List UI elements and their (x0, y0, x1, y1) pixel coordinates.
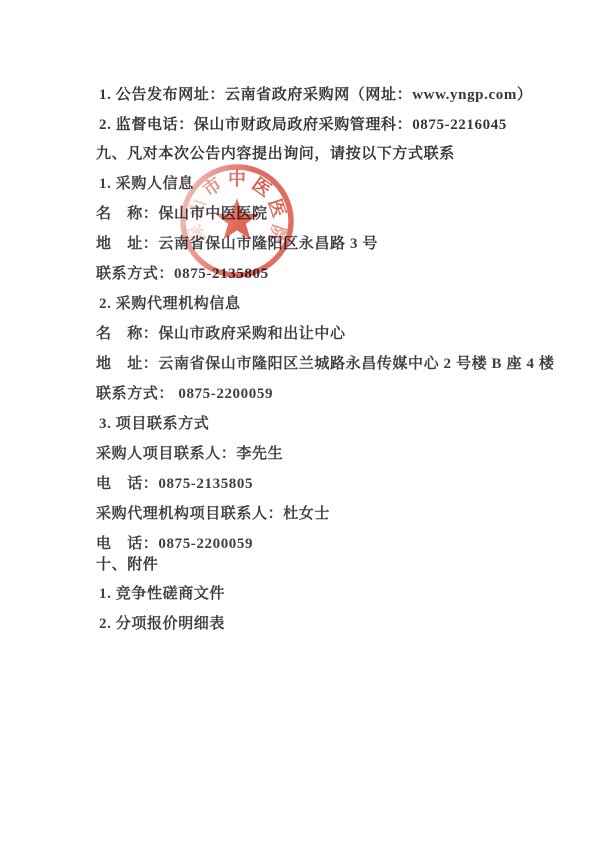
project-contact-heading: 3. 项目联系方式 (99, 415, 209, 434)
agency-address-line: 地 址：云南省保山市隆阳区兰城路永昌传媒中心 2 号楼 B 座 4 楼 (96, 355, 555, 374)
attachment-1-line: 1. 竞争性磋商文件 (99, 585, 225, 604)
seal-star-icon (215, 198, 258, 239)
attachment-2-line: 2. 分项报价明细表 (99, 615, 225, 634)
agency-name-line: 名 称：保山市政府采购和出让中心 (96, 325, 346, 344)
publish-website-line: 1. 公告发布网址：云南省政府采购网（网址：www.yngp.com） (99, 86, 533, 105)
buyer-project-phone-line: 电 话：0875-2135805 (96, 475, 253, 494)
supervision-phone-line: 2. 监督电话：保山市财政局政府采购管理科：0875-2216045 (99, 116, 507, 135)
official-seal: 保 山 市 中 医 医 院 (177, 161, 297, 281)
buyer-project-contact-line: 采购人项目联系人：李先生 (96, 445, 283, 464)
section-ten-heading: 十、附件 (96, 556, 158, 575)
agency-info-heading: 2. 采购代理机构信息 (99, 295, 241, 314)
agency-project-phone-line: 电 话：0875-2200059 (96, 535, 253, 554)
agency-contact-line: 联系方式： 0875-2200059 (96, 385, 273, 404)
document-page: 1. 公告发布网址：云南省政府采购网（网址：www.yngp.com） 2. 监… (0, 0, 600, 849)
agency-project-contact-line: 采购代理机构项目联系人：杜女士 (96, 505, 330, 524)
seal-char-zhong: 中 (228, 168, 246, 189)
